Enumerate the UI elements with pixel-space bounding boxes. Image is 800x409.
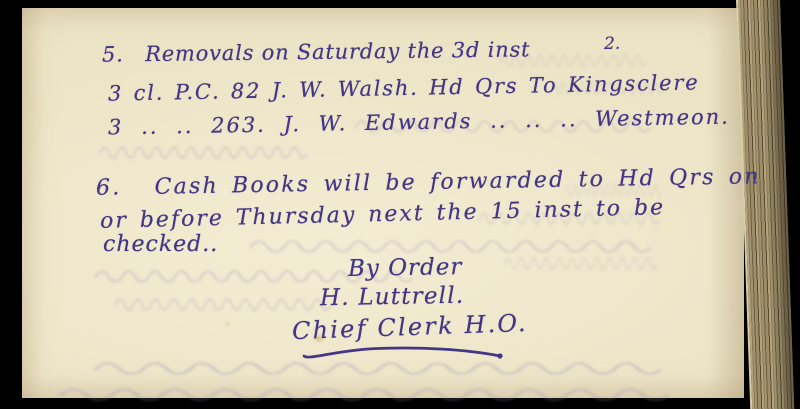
signature-name: H. Luttrell.: [320, 285, 465, 311]
page-number: 2.: [604, 36, 620, 53]
entry-6-line-3: checked..: [103, 234, 218, 256]
by-order-line: By Order: [348, 256, 463, 281]
entry-5-line-1: 5. Removals on Saturday the 3d inst: [102, 39, 531, 65]
entry-5-number: 5.: [102, 44, 124, 65]
book-page-edges-icon: [736, 0, 794, 409]
entry-6-number: 6.: [96, 177, 122, 199]
paper-stain: [222, 320, 233, 328]
scan-frame: 2. 5. Removals on Saturday the 3d inst 3…: [0, 0, 800, 409]
entry-5-text-1: Removals on Saturday the 3d inst: [145, 37, 530, 66]
